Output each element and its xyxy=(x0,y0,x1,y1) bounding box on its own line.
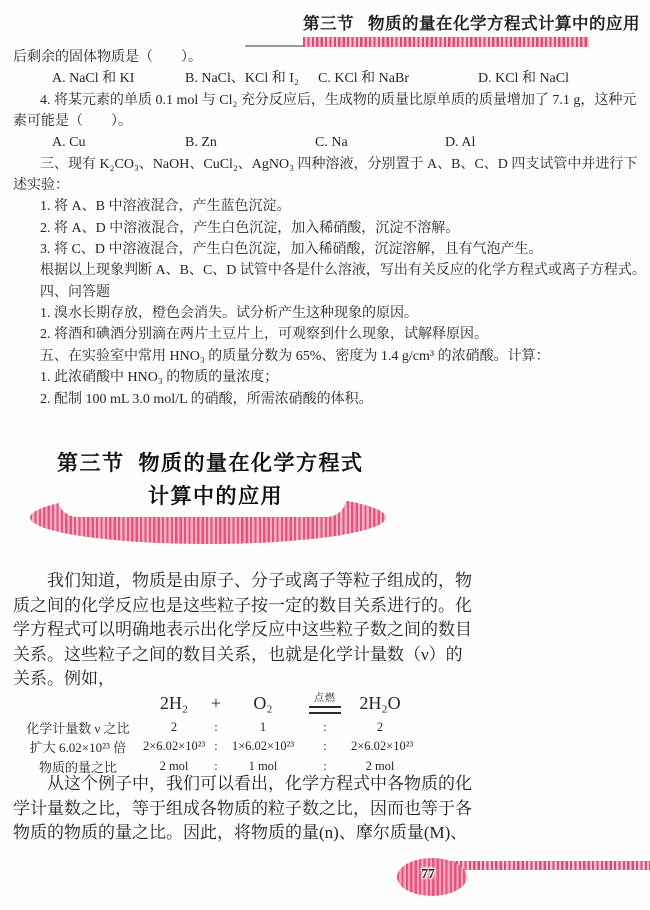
option-c: C. Na xyxy=(315,132,348,153)
intro-paragraph: 我们知道，物质是由原子、分子或离子等粒子组成的，物 质之间的化学反应也是这些粒子… xyxy=(13,569,488,692)
option-a: A. NaCl 和 KI xyxy=(52,68,134,89)
section-title-line2: 计算中的应用 xyxy=(148,480,283,510)
row-label: 化学计量数 ν 之比 xyxy=(13,718,143,737)
exercise-line: 1. 此浓硝酸中 HNO₃ 的物质的量浓度； xyxy=(13,367,645,388)
row-label: 扩大 6.02×10²³ 倍 xyxy=(13,737,143,756)
option-b: B. Zn xyxy=(185,132,217,153)
running-header: 第三节物质的量在化学方程式计算中的应用 xyxy=(303,10,640,34)
exercise-line: 1. 将 A、B 中溶液混合，产生蓝色沉淀。 xyxy=(13,196,645,217)
option-d: D. KCl 和 NaCl xyxy=(478,68,569,89)
plus-sign: + xyxy=(205,693,227,714)
value-cell: 1 xyxy=(227,720,299,735)
page-number: 77 xyxy=(397,866,459,882)
paragraph-line: 物质的物质的量之比。因此，将物质的量(n)、摩尔质量(M)、 xyxy=(13,821,488,846)
value-cell: 2 xyxy=(143,720,205,735)
reaction-condition: 点燃 xyxy=(299,694,351,714)
exercise-line: 五、在实验室中常用 HNO₃ 的质量分数为 65%、密度为 1.4 g/cm³ … xyxy=(13,346,645,367)
paragraph-line: 从这个例子中，我们可以看出，化学方程式中各物质的化 xyxy=(13,772,488,797)
value-cell: 2×6.02×10²³ xyxy=(351,739,409,754)
exercise-line: 后剩余的固体物质是（ ）。 xyxy=(13,47,645,68)
paragraph-line: 学方程式可以明确地表示出化学反应中这些粒子数之间的数目 xyxy=(13,618,488,643)
exercises-block: 后剩余的固体物质是（ ）。 A. NaCl 和 KI B. NaCl、KCl 和… xyxy=(13,47,645,410)
equation-row: 2H₂ + O₂ 点燃 2H₂O xyxy=(13,689,493,718)
colon-separator: : xyxy=(205,739,227,754)
running-header-title: 物质的量在化学方程式计算中的应用 xyxy=(368,14,640,33)
closing-paragraph: 从这个例子中，我们可以看出，化学方程式中各物质的化 学计量数之比，等于组成各物质… xyxy=(13,772,488,846)
value-cell: 2 xyxy=(351,720,409,735)
exercise-line: 根据以上现象判断 A、B、C、D 试管中各是什么溶液，写出有关反应的化学方程式或… xyxy=(13,260,645,281)
exercise-line: 素可能是（ ）。 xyxy=(13,111,645,132)
colon-separator: : xyxy=(205,720,227,735)
option-b: B. NaCl、KCl 和 I₂ xyxy=(185,68,299,89)
paragraph-line: 关系。这些粒子之间的数目关系，也就是化学计量数（ν）的 xyxy=(13,643,488,668)
option-d: D. Al xyxy=(445,132,475,153)
table-row: 扩大 6.02×10²³ 倍 2×6.02×10²³ : 1×6.02×10²³… xyxy=(13,737,493,756)
options-row: A. Cu B. Zn C. Na D. Al xyxy=(13,132,645,153)
exercise-line: 三、现有 K₂CO₃、NaOH、CuCl₂、AgNO₃ 四种溶液，分别置于 A、… xyxy=(13,154,645,175)
equation-term-h2o: 2H₂O xyxy=(351,693,409,714)
header-stripe-bar xyxy=(303,37,589,47)
exercise-line: 3. 将 C、D 中溶液混合，产生白色沉淀，加入稀硝酸，沉淀溶解，且有气泡产生。 xyxy=(13,239,645,260)
equation-term-o2: O₂ xyxy=(227,693,299,714)
value-cell: 1×6.02×10²³ xyxy=(227,739,299,754)
exercise-line: 2. 将 A、D 中溶液混合，产生白色沉淀，加入稀硝酸，沉淀不溶解。 xyxy=(13,218,645,239)
running-header-section: 第三节 xyxy=(303,14,354,33)
option-a: A. Cu xyxy=(52,132,85,153)
condition-label: 点燃 xyxy=(314,694,336,704)
equation-table: 2H₂ + O₂ 点燃 2H₂O 化学计量数 ν 之比 2 : 1 : 2 扩大… xyxy=(13,689,493,776)
equation-term-h2: 2H₂ xyxy=(143,693,205,714)
section-title-text: 物质的量在化学方程式 xyxy=(139,451,364,475)
section-number: 第三节 xyxy=(57,451,125,475)
colon-separator: : xyxy=(299,720,351,735)
exercise-line: 四、问答题 xyxy=(13,282,645,303)
section-title-line1: 第三节物质的量在化学方程式 xyxy=(57,447,364,477)
paragraph-line: 质之间的化学反应也是这些粒子按一定的数目关系进行的。化 xyxy=(13,594,488,619)
colon-separator: : xyxy=(299,739,351,754)
footer-stripe-bar xyxy=(438,861,650,870)
value-cell: 2×6.02×10²³ xyxy=(143,739,205,754)
exercise-line: 1. 溴水长期存放，橙色会消失。试分析产生这种现象的原因。 xyxy=(13,303,645,324)
options-row: A. NaCl 和 KI B. NaCl、KCl 和 I₂ C. KCl 和 N… xyxy=(13,68,645,89)
exercise-line: 4. 将某元素的单质 0.1 mol 与 Cl₂ 充分反应后，生成物的质量比原单… xyxy=(13,90,645,111)
exercise-line: 2. 将酒和碘酒分别滴在两片土豆片上，可观察到什么现象，试解释原因。 xyxy=(13,324,645,345)
paragraph-line: 我们知道，物质是由原子、分子或离子等粒子组成的，物 xyxy=(13,569,488,594)
textbook-page: 第三节物质的量在化学方程式计算中的应用 后剩余的固体物质是（ ）。 A. NaC… xyxy=(0,0,650,910)
option-c: C. KCl 和 NaBr xyxy=(318,68,409,89)
table-row: 化学计量数 ν 之比 2 : 1 : 2 xyxy=(13,718,493,737)
equals-sign xyxy=(309,706,341,714)
exercise-line: 2. 配制 100 mL 3.0 mol/L 的硝酸，所需浓硝酸的体积。 xyxy=(13,389,645,410)
paragraph-line: 学计量数之比，等于组成各物质的粒子数之比，因而也等于各 xyxy=(13,797,488,822)
exercise-line: 述实验： xyxy=(13,175,645,196)
